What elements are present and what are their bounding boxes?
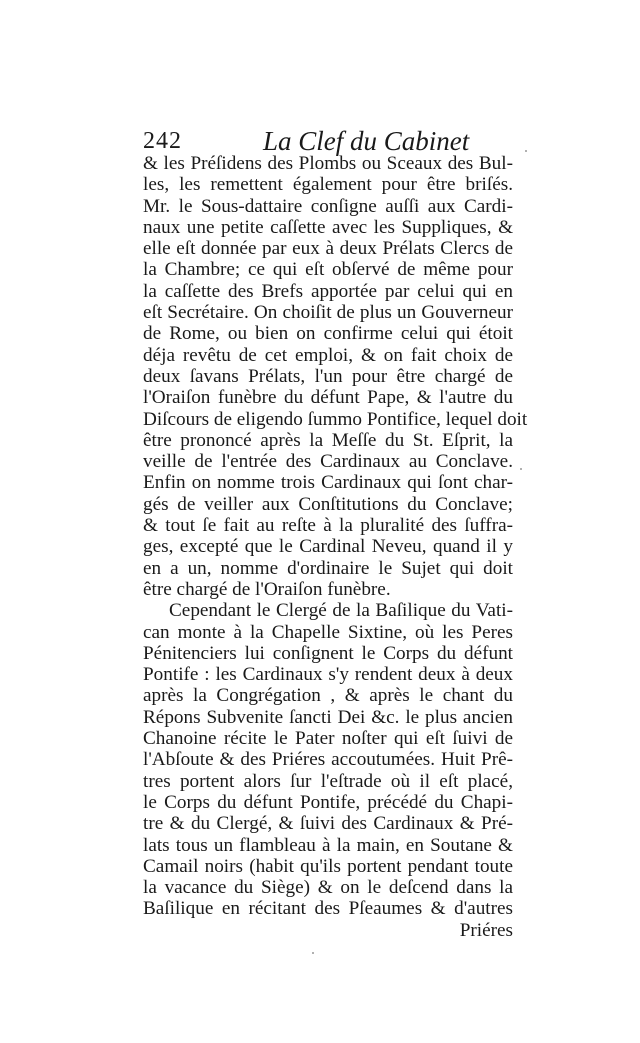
text-line: Mr. le Sous-dattaire conſigne auſſi aux … <box>143 196 513 217</box>
body-text: & les Préſidens des Plombs ou Sceaux des… <box>143 153 513 941</box>
text-line: être prononcé après la Meſſe du St. Eſpr… <box>143 430 513 451</box>
text-line: lats tous un flambleau à la main, en Sou… <box>143 835 513 856</box>
text-line: deux ſavans Prélats, l'un pour être char… <box>143 366 513 387</box>
text-line: & tout ſe fait au reſte à la pluralité d… <box>143 515 513 536</box>
text-line: la caſſette des Brefs apportée par celui… <box>143 281 513 302</box>
text-line: tres portent alors ſur l'eſtrade où il e… <box>143 771 513 792</box>
text-line: après la Congrégation , & après le chant… <box>143 685 513 706</box>
text-line: elle eſt donnée par eux à deux Prélats C… <box>143 238 513 259</box>
text-line: Baſilique en récitant des Pſeaumes & d'a… <box>143 898 513 919</box>
text-line: can monte à la Chapelle Sixtine, où les … <box>143 622 513 643</box>
paper-speck <box>520 468 522 470</box>
book-page: 242 La Clef du Cabinet & les Préſidens d… <box>0 0 640 1043</box>
paper-speck <box>525 150 527 152</box>
paper-speck <box>312 952 314 954</box>
text-line: ges, excepté que le Cardinal Neveu, quan… <box>143 536 513 557</box>
text-line: veille de l'entrée des Cardinaux au Conc… <box>143 451 513 472</box>
text-line: Enfin on nomme trois Cardinaux qui ſont … <box>143 472 513 493</box>
catchword: Priéres <box>143 920 513 941</box>
text-line: naux une petite caſſette avec les Suppli… <box>143 217 513 238</box>
text-line: eſt Secrétaire. On choiſit de plus un Go… <box>143 302 513 323</box>
text-line: la vacance du Siège) & on le deſcend dan… <box>143 877 513 898</box>
text-line: gés de veiller aux Conſtitutions du Conc… <box>143 494 513 515</box>
text-line: la Chambre; ce qui eſt obſervé de même p… <box>143 259 513 280</box>
text-line: l'Oraiſon funèbre du défunt Pape, & l'au… <box>143 387 513 408</box>
text-line: Chanoine récite le Pater noſter qui eſt … <box>143 728 513 749</box>
text-line: Pénitenciers lui conſignent le Corps du … <box>143 643 513 664</box>
text-line: tre & du Clergé, & ſuivi des Cardinaux &… <box>143 813 513 834</box>
text-line: Pontife : les Cardinaux s'y rendent deux… <box>143 664 513 685</box>
text-line: Camail noirs (habit qu'ils portent penda… <box>143 856 513 877</box>
text-line: Diſcours de eligendo ſummo Pontifice, le… <box>143 409 513 430</box>
text-line: les, les remettent également pour être b… <box>143 174 513 195</box>
text-line: & les Préſidens des Plombs ou Sceaux des… <box>143 153 513 174</box>
text-line: l'Abſoute & des Priéres accoutumées. Hui… <box>143 749 513 770</box>
text-line: le Corps du défunt Pontife, précédé du C… <box>143 792 513 813</box>
page-header: 242 La Clef du Cabinet <box>143 126 513 154</box>
text-line: déja revêtu de cet emploi, & on fait cho… <box>143 345 513 366</box>
text-line: Répons Subvenite ſancti Dei &c. le plus … <box>143 707 513 728</box>
text-line: de Rome, ou bien on confirme celui qui é… <box>143 323 513 344</box>
text-line: être chargé de l'Oraiſon funèbre. <box>143 579 513 600</box>
page-number: 242 <box>143 128 182 155</box>
text-line: en a un, nomme d'ordinaire le Sujet qui … <box>143 558 513 579</box>
text-line: Cependant le Clergé de la Baſilique du V… <box>143 600 513 621</box>
